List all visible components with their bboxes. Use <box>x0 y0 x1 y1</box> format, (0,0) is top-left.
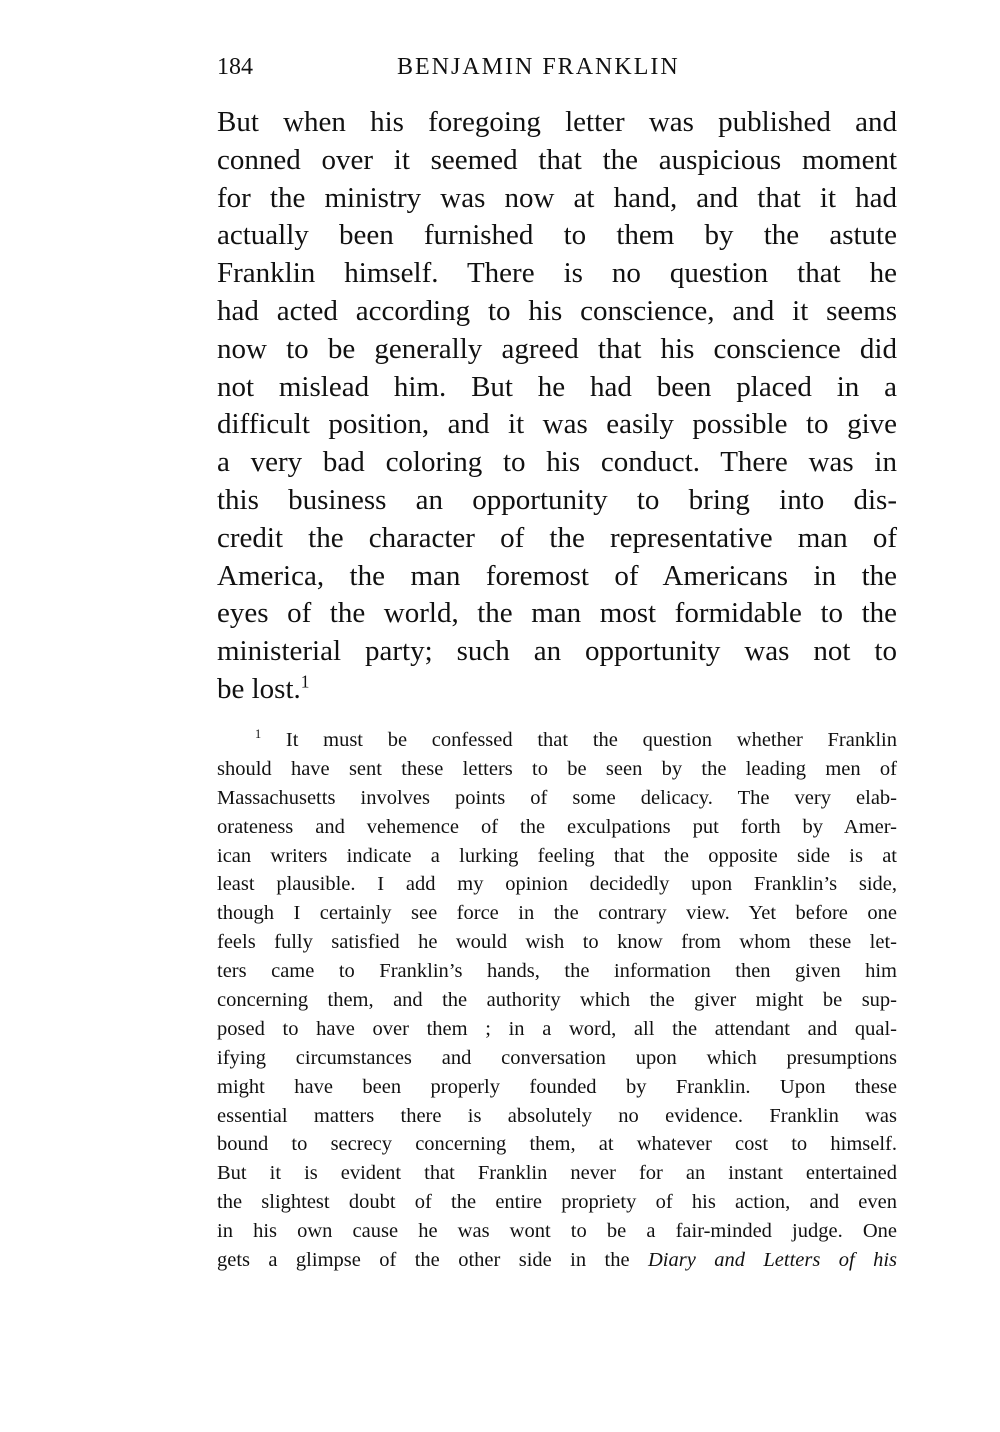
body-line: ministerial party; such an opportunity w… <box>217 633 897 671</box>
body-line: But when his foregoing letter was publis… <box>217 104 897 142</box>
body-line: credit the character of the representati… <box>217 520 897 558</box>
body-line: eyes of the world, the man most formidab… <box>217 595 897 633</box>
footnote-marker: 1 <box>255 727 261 741</box>
footnote-line: feels fully satisfied he would wish to k… <box>217 928 897 957</box>
body-line: now to be generally agreed that his cons… <box>217 331 897 369</box>
footnote-line: in his own cause he was wont to be a fai… <box>217 1217 897 1246</box>
body-line: not mislead him. But he had been placed … <box>217 369 897 407</box>
body-line: had acted according to his conscience, a… <box>217 293 897 331</box>
footnote-line: 1 It must be confessed that the question… <box>217 726 897 755</box>
footnote-line: orateness and vehemence of the exculpati… <box>217 813 897 842</box>
footnote-line: ifying circumstances and conversation up… <box>217 1044 897 1073</box>
body-line: be lost. <box>217 673 301 705</box>
body-line: actually been furnished to them by the a… <box>217 217 897 255</box>
footnote-line: should have sent these letters to be see… <box>217 755 897 784</box>
body-line-last: be lost.1 <box>217 671 897 709</box>
footnote-line: posed to have over them ; in a word, all… <box>217 1015 897 1044</box>
running-head-title: BENJAMIN FRANKLIN <box>397 54 680 81</box>
body-line: this business an opportunity to bring in… <box>217 482 897 520</box>
footnote-line: concerning them, and the authority which… <box>217 986 897 1015</box>
footnote-line: ters came to Franklin’s hands, the infor… <box>217 957 897 986</box>
footnote-line: ican writers indicate a lurking feeling … <box>217 842 897 871</box>
body-paragraph: But when his foregoing letter was publis… <box>217 104 897 709</box>
footnote-line: But it is evident that Franklin never fo… <box>217 1159 897 1188</box>
book-page: 184 BENJAMIN FRANKLIN But when his foreg… <box>0 0 1000 1432</box>
body-line: conned over it seemed that the auspiciou… <box>217 142 897 180</box>
page-number: 184 <box>217 54 253 81</box>
body-line: difficult position, and it was easily po… <box>217 406 897 444</box>
body-line: for the ministry was now at hand, and th… <box>217 180 897 218</box>
footnote-line: Massachusetts involves points of some de… <box>217 784 897 813</box>
footnote-line: the slightest doubt of the entire propri… <box>217 1188 897 1217</box>
footnote-line-last: gets a glimpse of the other side in the … <box>217 1246 897 1275</box>
body-line: America, the man foremost of Americans i… <box>217 558 897 596</box>
book-title-italic: Diary and Letters of his <box>648 1249 897 1271</box>
body-line: a very bad coloring to his conduct. Ther… <box>217 444 897 482</box>
footnote-line: though I certainly see force in the cont… <box>217 899 897 928</box>
footnote-line: essential matters there is absolutely no… <box>217 1102 897 1131</box>
body-line: Franklin himself. There is no question t… <box>217 255 897 293</box>
footnote-line: bound to secrecy concerning them, at wha… <box>217 1130 897 1159</box>
footnote: 1 It must be confessed that the question… <box>217 726 897 1275</box>
footnote-line: least plausible. I add my opinion decide… <box>217 870 897 899</box>
footnote-line: might have been properly founded by Fran… <box>217 1073 897 1102</box>
running-head: 184 BENJAMIN FRANKLIN <box>217 50 897 86</box>
footnote-reference[interactable]: 1 <box>301 671 310 691</box>
